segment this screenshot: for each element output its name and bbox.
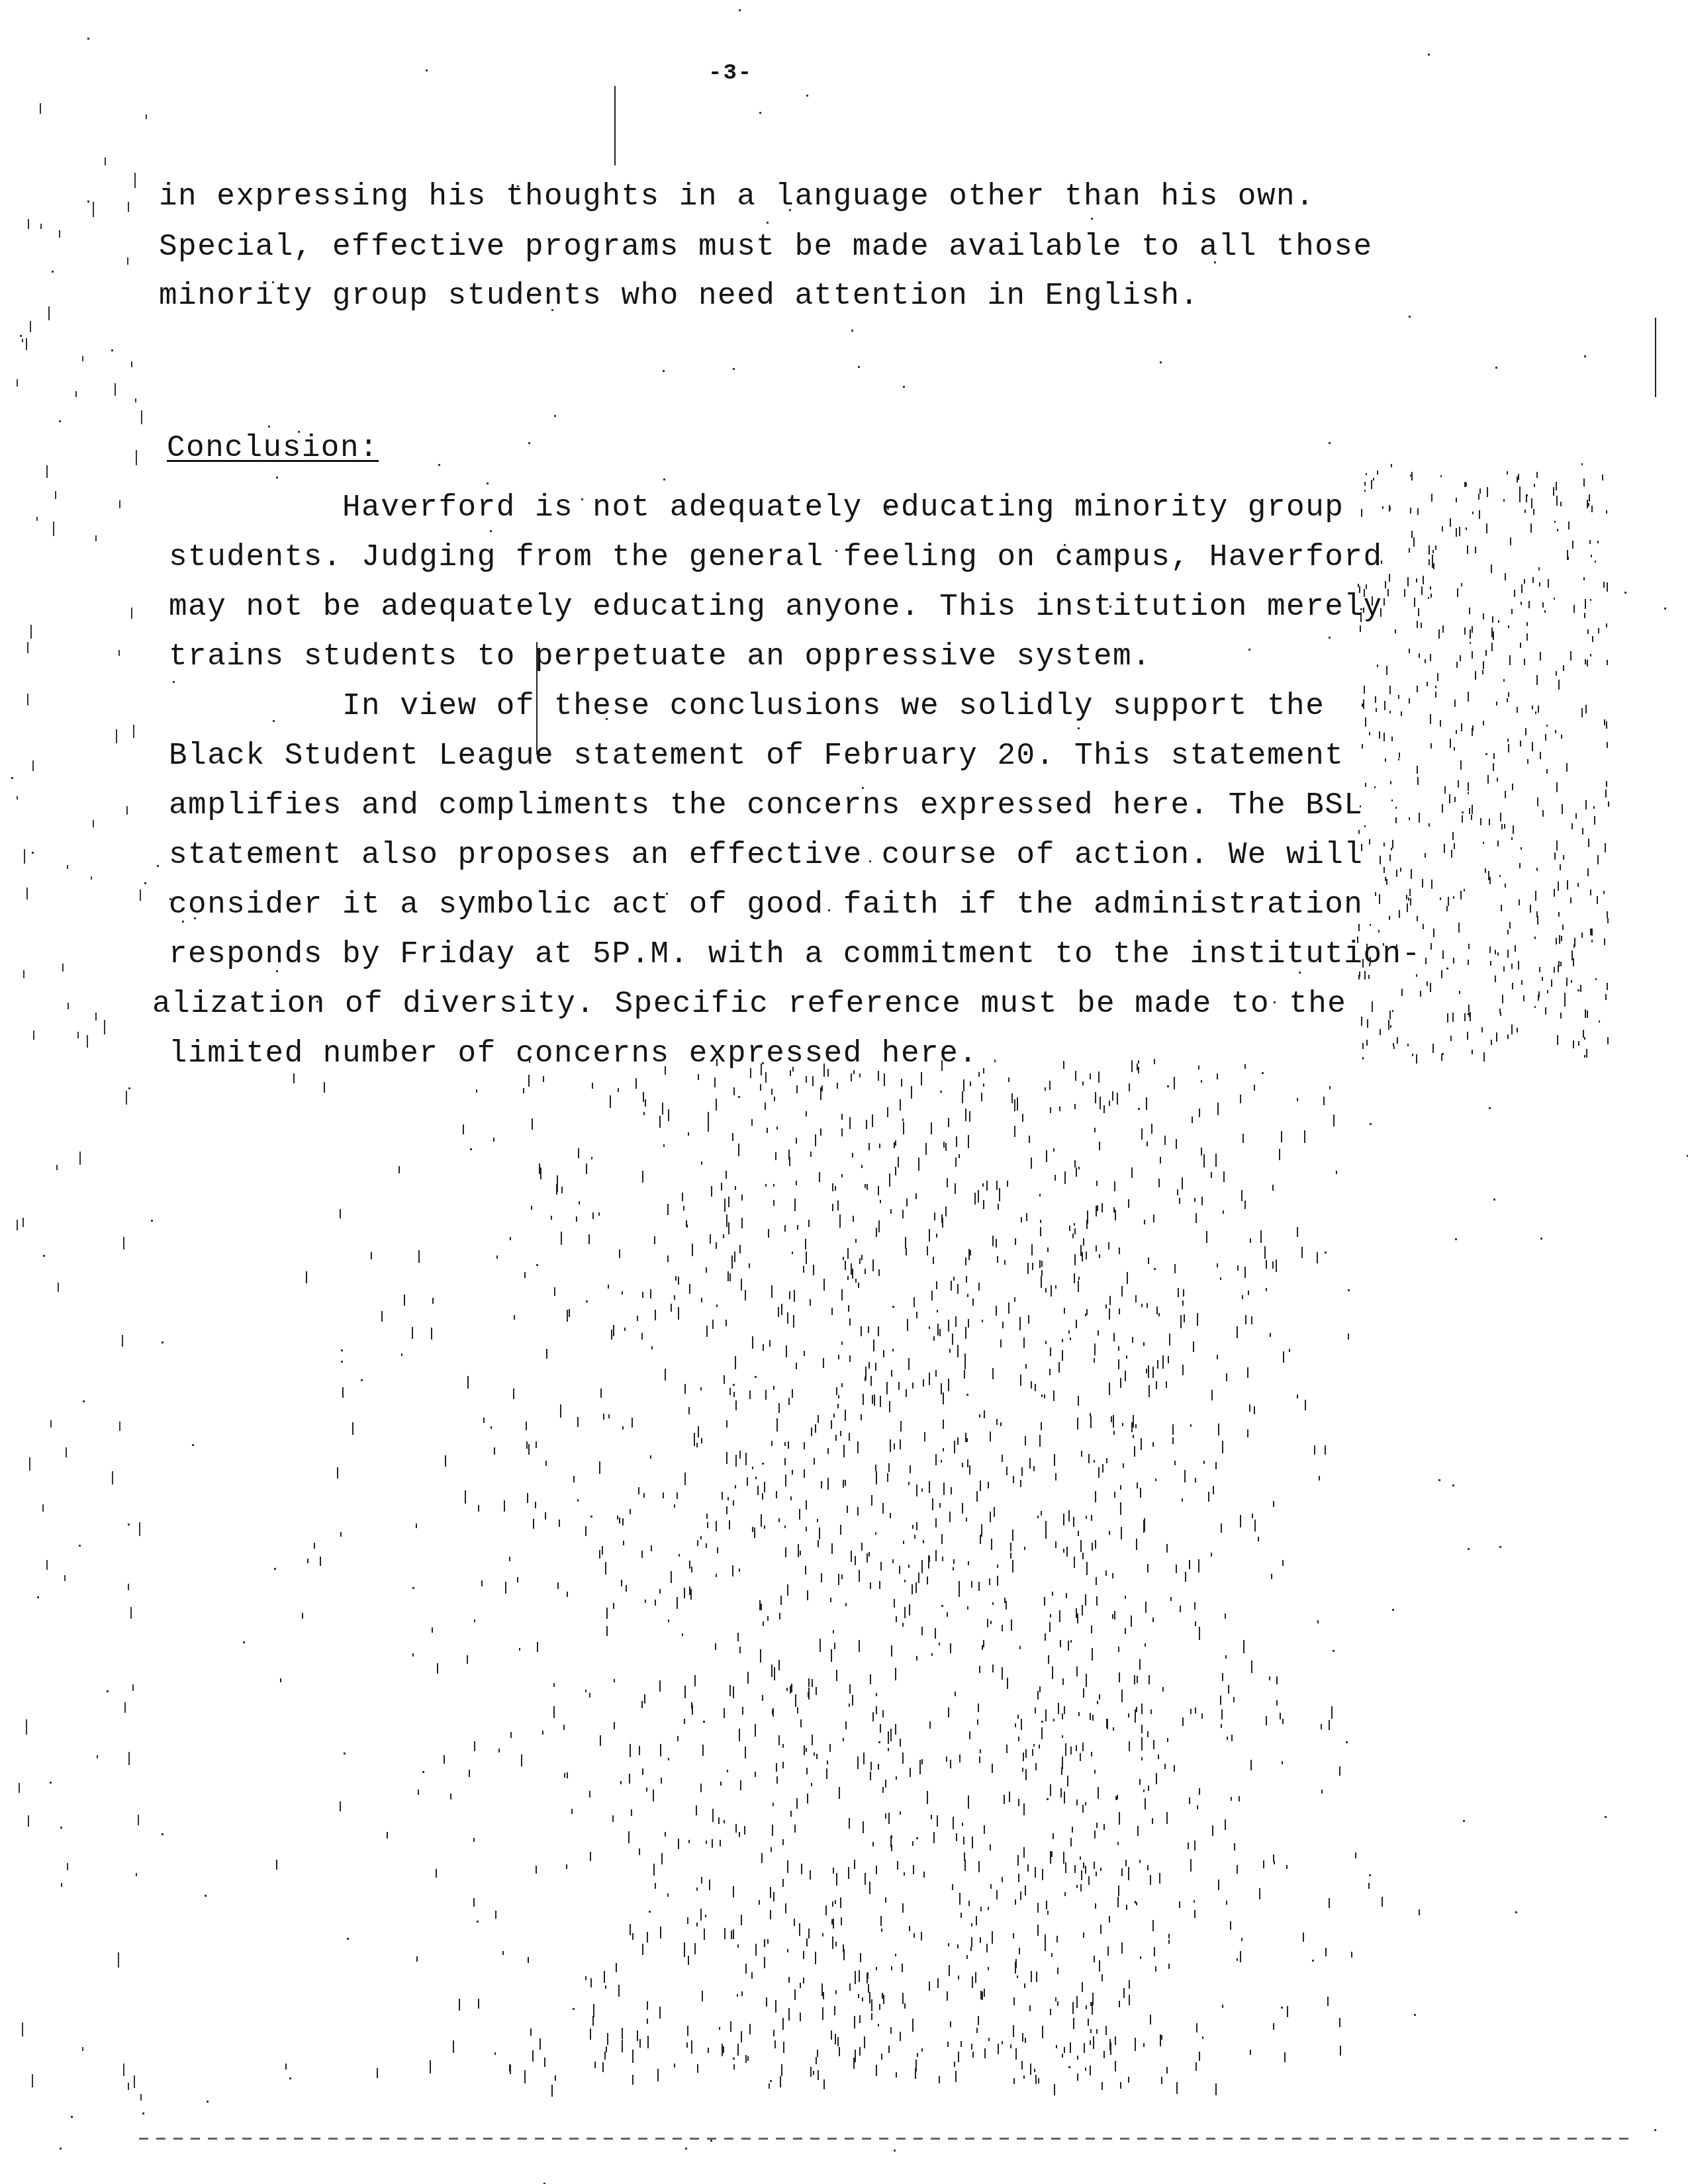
scan-vertical-mark: [1655, 318, 1656, 397]
paragraph-line: statement also proposes an effective cou…: [169, 837, 1363, 873]
paragraph-line: amplifies and compliments the concerns e…: [169, 788, 1363, 823]
scan-noise: [0, 0, 1688, 2184]
intro-line: in expressing his thoughts in a language…: [159, 179, 1315, 214]
paragraph-line: responds by Friday at 5P.M. with a commi…: [169, 936, 1421, 972]
paragraph-line: consider it a symbolic act of good faith…: [169, 887, 1363, 923]
scan-vertical-mark: [536, 642, 538, 754]
paragraph-line: trains students to perpetuate an oppress…: [169, 639, 1151, 674]
scan-vertical-mark: [614, 86, 616, 165]
section-heading-conclusion: Conclusion:: [167, 430, 379, 466]
paragraph-line: In view of these conclusions we solidly …: [169, 688, 1325, 724]
intro-line: Special, effective programs must be made…: [159, 229, 1373, 265]
paragraph-line: Haverford is not adequately educating mi…: [169, 490, 1344, 525]
paragraph-line: limited number of concerns expressed her…: [169, 1036, 978, 1071]
paragraph-line: may not be adequately educating anyone. …: [169, 589, 1383, 625]
paragraph-line: students. Judging from the general feeli…: [169, 539, 1383, 575]
document-page: -3- in expressing his thoughts in a lang…: [0, 0, 1688, 2184]
paragraph-line: Black Student League statement of Februa…: [169, 738, 1344, 774]
scan-bottom-artifact: [139, 2138, 1628, 2140]
page-number: -3-: [708, 61, 753, 86]
intro-line: minority group students who need attenti…: [159, 278, 1199, 314]
paragraph-line: alization of diversity. Specific referen…: [152, 986, 1346, 1022]
